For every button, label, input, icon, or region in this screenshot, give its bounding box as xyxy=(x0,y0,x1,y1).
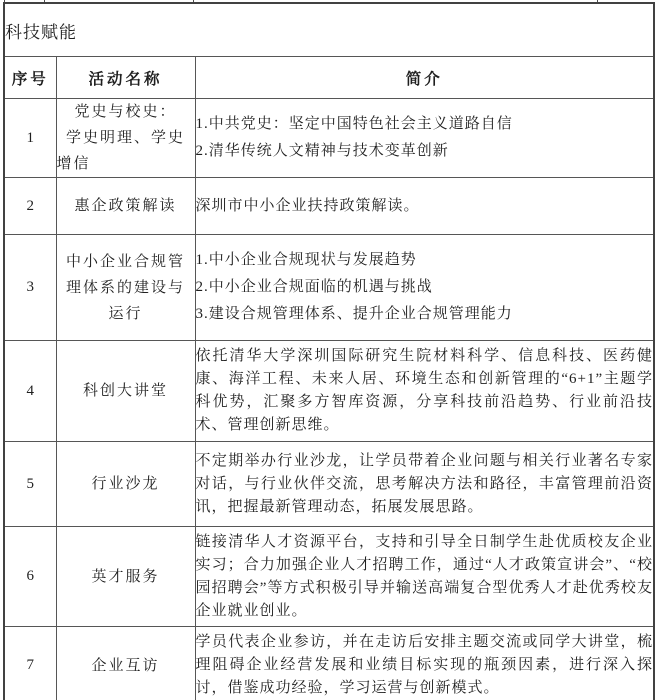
intro-cell: 依托清华大学深圳国际研究生院材料科学、信息科技、医药健康、海洋工程、未来人居、环… xyxy=(195,341,654,442)
activity-name-cell: 科创大讲堂 xyxy=(56,341,195,442)
activity-name-line: 增信 xyxy=(57,151,195,177)
activity-name-cell: 企业互访 xyxy=(56,627,195,700)
table-row: 5行业沙龙不定期举办行业沙龙，让学员带着企业问题与相关行业著名专家对话，与行业伙… xyxy=(4,442,654,527)
intro-paragraph: 不定期举办行业沙龙，让学员带着企业问题与相关行业著名专家对话，与行业伙伴交流，思… xyxy=(196,450,654,519)
activity-name-line: 科创大讲堂 xyxy=(57,378,195,404)
activity-name-cell: 行业沙龙 xyxy=(56,442,195,527)
document-page: 科技赋能 序号 活动名称 简介 1党史与校史：学史明理、学史增信1.中共党史：坚… xyxy=(0,0,661,700)
intro-paragraph: 深圳市中小企业扶持政策解读。 xyxy=(196,195,654,218)
section-title: 科技赋能 xyxy=(4,3,654,57)
row-number-cell: 5 xyxy=(4,442,56,527)
row-number-cell: 2 xyxy=(4,178,56,235)
activity-name-line: 行业沙龙 xyxy=(57,471,195,497)
activity-name-line: 学史明理、学史 xyxy=(57,125,195,151)
table-body: 1党史与校史：学史明理、学史增信1.中共党史：坚定中国特色社会主义道路自信2.清… xyxy=(4,99,654,700)
intro-cell: 链接清华人才资源平台，支持和引导全日制学生赴优质校友企业实习；合力加强企业人才招… xyxy=(195,527,654,627)
row-number-cell: 1 xyxy=(4,99,56,178)
activity-name-line: 理体系的建设与 xyxy=(57,275,195,301)
row-number-cell: 7 xyxy=(4,627,56,700)
table-row: 3中小企业合规管理体系的建设与运行1.中小企业合规现状与发展趋势2.中小企业合规… xyxy=(4,235,654,341)
section-title-row: 科技赋能 xyxy=(4,3,654,57)
col-header-index: 序号 xyxy=(4,57,56,99)
intro-list-line: 1.中小企业合规现状与发展趋势 xyxy=(196,247,654,274)
intro-cell: 1.中共党史：坚定中国特色社会主义道路自信2.清华传统人文精神与技术变革创新 xyxy=(195,99,654,178)
activity-name-line: 英才服务 xyxy=(57,564,195,590)
table-row: 4科创大讲堂依托清华大学深圳国际研究生院材料科学、信息科技、医药健康、海洋工程、… xyxy=(4,341,654,442)
table-header-row: 序号 活动名称 简介 xyxy=(4,57,654,99)
row-number-cell: 6 xyxy=(4,527,56,627)
row-number-cell: 4 xyxy=(4,341,56,442)
intro-paragraph: 依托清华大学深圳国际研究生院材料科学、信息科技、医药健康、海洋工程、未来人居、环… xyxy=(196,345,654,437)
intro-cell: 不定期举办行业沙龙，让学员带着企业问题与相关行业著名专家对话，与行业伙伴交流，思… xyxy=(195,442,654,527)
table-row: 7企业互访学员代表企业参访，并在走访后安排主题交流或同学大讲堂，梳理阻碍企业经营… xyxy=(4,627,654,700)
activities-table: 科技赋能 序号 活动名称 简介 1党史与校史：学史明理、学史增信1.中共党史：坚… xyxy=(3,2,655,700)
intro-cell: 1.中小企业合规现状与发展趋势2.中小企业合规面临的机遇与挑战3.建设合规管理体… xyxy=(195,235,654,341)
activity-name-cell: 党史与校史：学史明理、学史增信 xyxy=(56,99,195,178)
col-header-activity-name: 活动名称 xyxy=(56,57,195,99)
activity-name-cell: 惠企政策解读 xyxy=(56,178,195,235)
intro-list-line: 3.建设合规管理体系、提升企业合规管理能力 xyxy=(196,301,654,328)
intro-paragraph: 链接清华人才资源平台，支持和引导全日制学生赴优质校友企业实习；合力加强企业人才招… xyxy=(196,531,654,623)
intro-cell: 学员代表企业参访，并在走访后安排主题交流或同学大讲堂，梳理阻碍企业经营发展和业绩… xyxy=(195,627,654,700)
activity-name-cell: 中小企业合规管理体系的建设与运行 xyxy=(56,235,195,341)
activity-name-line: 中小企业合规管 xyxy=(57,249,195,275)
intro-paragraph: 学员代表企业参访，并在走访后安排主题交流或同学大讲堂，梳理阻碍企业经营发展和业绩… xyxy=(196,631,654,700)
activity-name-line: 企业互访 xyxy=(57,653,195,679)
intro-cell: 深圳市中小企业扶持政策解读。 xyxy=(195,178,654,235)
intro-list-line: 2.中小企业合规面临的机遇与挑战 xyxy=(196,274,654,301)
table-row: 1党史与校史：学史明理、学史增信1.中共党史：坚定中国特色社会主义道路自信2.清… xyxy=(4,99,654,178)
activity-name-line: 党史与校史： xyxy=(57,99,195,125)
table-row: 6英才服务链接清华人才资源平台，支持和引导全日制学生赴优质校友企业实习；合力加强… xyxy=(4,527,654,627)
table-row: 2惠企政策解读深圳市中小企业扶持政策解读。 xyxy=(4,178,654,235)
row-number-cell: 3 xyxy=(4,235,56,341)
intro-list-line: 1.中共党史：坚定中国特色社会主义道路自信 xyxy=(196,111,654,138)
intro-list-line: 2.清华传统人文精神与技术变革创新 xyxy=(196,138,654,165)
col-header-intro: 简介 xyxy=(195,57,654,99)
activity-name-line: 惠企政策解读 xyxy=(57,193,195,219)
activity-name-cell: 英才服务 xyxy=(56,527,195,627)
activity-name-line: 运行 xyxy=(57,301,195,327)
